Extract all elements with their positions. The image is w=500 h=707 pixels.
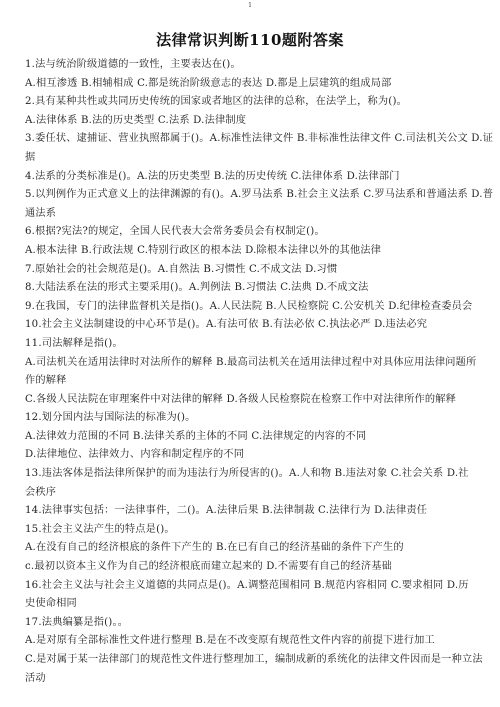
- text-line: 11.司法解释是指()。: [25, 335, 485, 354]
- text-line: A.法律体系 B.法的历史类型 C.法系 D.法律制度: [25, 112, 485, 131]
- text-line: A.相互渗透 B.相辅相成 C.都是统治阶级意志的表达 D.都是上层建筑的组成局…: [25, 75, 485, 94]
- text-line: 7.原始社会的社会规范是()。A.自然法 B.习惯性 C.不成文法 D.习惯: [25, 261, 485, 280]
- document-title: 法律常识判断110题附答案: [0, 29, 500, 50]
- text-line: A.司法机关在适用法律时对法所作的解释 B.最高司法机关在适用法律过程中对具体应…: [25, 354, 485, 373]
- text-line: C.各级人民法院在审理案件中对法律的解释 D.各级人民检察院在检察工作中对法律所…: [25, 391, 485, 410]
- text-line: 活动: [25, 670, 485, 689]
- text-line: 17.法典编纂是指()。。: [25, 614, 485, 633]
- document-body: 1.法与统治阶级道德的一致性，主要表达在()。 A.相互渗透 B.相辅相成 C.…: [25, 56, 485, 688]
- text-line: A.在没有自己的经济根底的条件下产生的 B.在已有自己的经济基础的条件下产生的: [25, 539, 485, 558]
- text-line: 通法系: [25, 205, 485, 224]
- text-line: 12.划分国内法与国际法的标准为()。: [25, 409, 485, 428]
- text-line: 16.社会主义法与社会主义道德的共同点是()。A.调整范围相同 B.规范内容相同…: [25, 577, 485, 596]
- text-line: A.法律效力范围的不同 B.法律关系的主体的不同 C.法律规定的内容的不同: [25, 428, 485, 447]
- text-line: 据: [25, 149, 485, 168]
- text-line: 史使命相同: [25, 595, 485, 614]
- text-line: 10.社会主义法制建设的中心环节是()。A.有法可依 B.有法必依 C.执法必严…: [25, 316, 485, 335]
- text-line: A.是对原有全部标准性文件进行整理 B.是在不改变原有规范性文件内容的前提下进行…: [25, 632, 485, 651]
- text-line: 4.法系的分类标准是()。A.法的历史类型 B.法的历史传统 C.法律体系 D.…: [25, 168, 485, 187]
- text-line: c.最初以资本主义作为自己的经济根底而建立起来的 D.不需要有自己的经济基础: [25, 558, 485, 577]
- text-line: 5.以判例作为正式意义上的法律渊源的有()。A.罗马法系 B.社会主义法系 C.…: [25, 186, 485, 205]
- text-line: 3.委任状、逮捕证、营业执照都属于()。A.标准性法律文件 B.非标准性法律文件…: [25, 130, 485, 149]
- text-line: 14.法律事实包括：一法律事件，二()。A.法律后果 B.法律制裁 C.法律行为…: [25, 502, 485, 521]
- text-line: A.根本法律 B.行政法规 C.特别行政区的根本法 D.除根本法律以外的其他法律: [25, 242, 485, 261]
- text-line: 2.具有某种共性或共同历史传统的国家或者地区的法律的总称，在法学上，称为()。: [25, 93, 485, 112]
- text-line: C.是对属于某一法律部门的规范性文件进行整理加工，编制成新的系统化的法律文件因而…: [25, 651, 485, 670]
- text-line: 1.法与统治阶级道德的一致性，主要表达在()。: [25, 56, 485, 75]
- page-number: 1: [0, 2, 500, 9]
- text-line: 会秩序: [25, 484, 485, 503]
- text-line: 8.大陆法系在法的形式主要采用()。A.判例法 B.习惯法 C.法典 D.不成文…: [25, 279, 485, 298]
- text-line: 13.违法客体是指法律所保护的而为违法行为所侵害的()。A.人和物 B.违法对象…: [25, 465, 485, 484]
- text-line: 9.在我国，专门的法律监督机关是指()。A.人民法院 B.人民检察院 C.公安机…: [25, 298, 485, 317]
- text-line: D.法律地位、法律效力、内容和制定程序的不同: [25, 446, 485, 465]
- text-line: 15.社会主义法产生的特点是()。: [25, 521, 485, 540]
- text-line: 作的解释: [25, 372, 485, 391]
- text-line: 6.根据?宪法?的规定，全国人民代表大会常务委员会有权制定()。: [25, 223, 485, 242]
